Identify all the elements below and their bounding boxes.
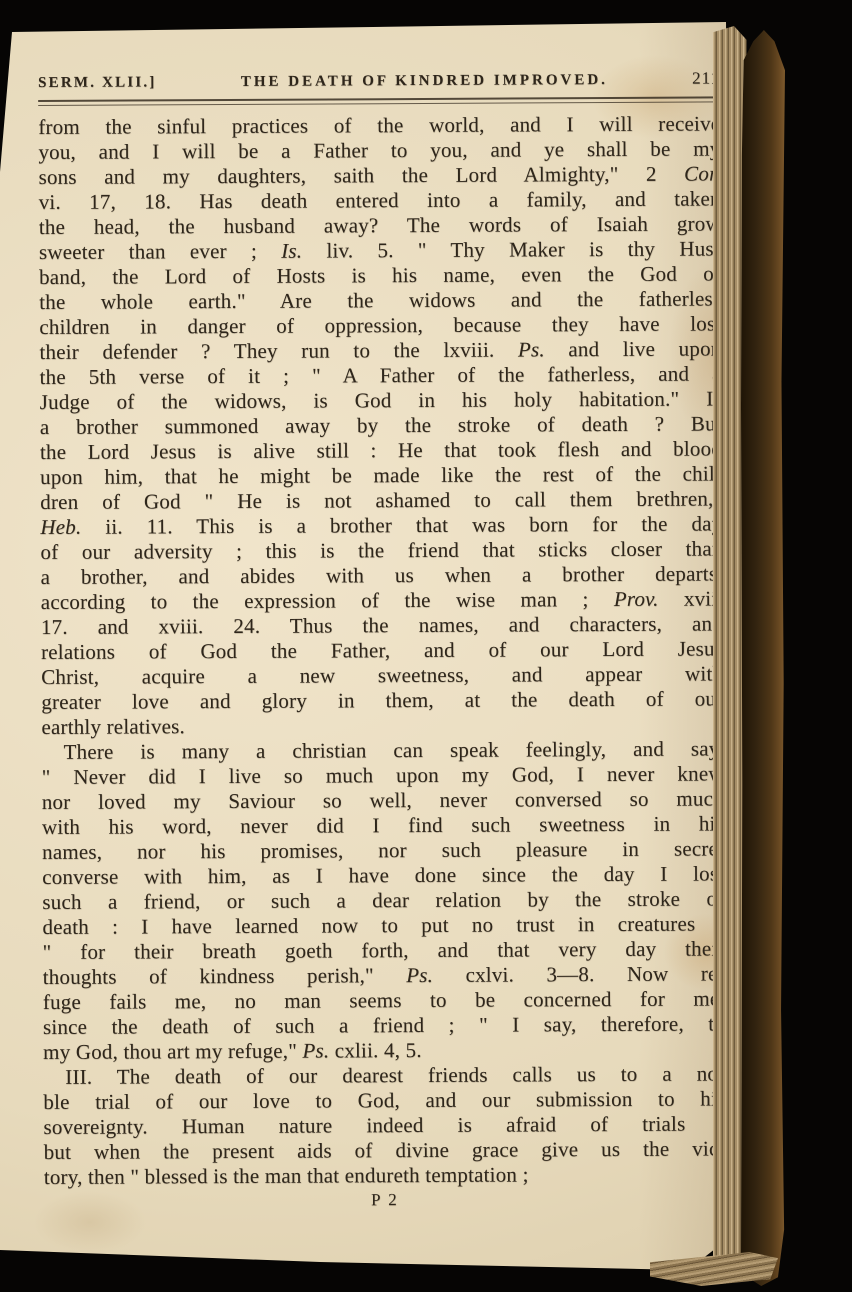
text-line: Christ, acquire a new sweetness, and app… xyxy=(41,661,723,690)
text-line: dren of God " He is not ashamed to call … xyxy=(40,486,722,515)
text-line: death : I have learned now to put no tru… xyxy=(42,911,724,940)
double-rule xyxy=(38,96,720,106)
text-line: III. The death of our dearest friends ca… xyxy=(43,1061,725,1090)
text-line: nor loved my Saviour so well, never conv… xyxy=(42,786,724,815)
text-line: 17. and xviii. 24. Thus the names, and c… xyxy=(41,611,723,640)
text-line: children in danger of oppression, becaus… xyxy=(39,311,721,340)
text-line: the head, the husband away? The words of… xyxy=(39,211,721,240)
text-line: the Lord Jesus is alive still : He that … xyxy=(40,436,722,465)
text-line: but when the present aids of divine grac… xyxy=(44,1136,726,1165)
text-line: band, the Lord of Hosts is his name, eve… xyxy=(39,261,721,290)
text-line: Heb. ii. 11. This is a brother that was … xyxy=(40,511,722,540)
book-page: SERM. XLII.] THE DEATH OF KINDRED IMPROV… xyxy=(0,22,742,1280)
text-line: earthly relatives. xyxy=(41,711,723,740)
text-line: since the death of such a friend ; " I s… xyxy=(43,1011,725,1040)
running-header: SERM. XLII.] THE DEATH OF KINDRED IMPROV… xyxy=(38,68,720,92)
text-line: my God, thou art my refuge," Ps. cxlii. … xyxy=(43,1036,725,1065)
text-line: vi. 17, 18. Has death entered into a fam… xyxy=(39,186,721,215)
header-title: THE DEATH OF KINDRED IMPROVED. xyxy=(241,72,608,91)
text-line: Judge of the widows, is God in his holy … xyxy=(40,386,722,415)
text-line: names, nor his promises, nor such pleasu… xyxy=(42,836,724,865)
text-line: of our adversity ; this is the friend th… xyxy=(40,536,722,565)
text-line: converse with him, as I have done since … xyxy=(42,861,724,890)
text-line: " for their breath goeth forth, and that… xyxy=(43,936,725,965)
book-cover-edge xyxy=(741,30,785,1286)
text-line: ble trial of our love to God, and our su… xyxy=(43,1086,725,1115)
text-line: thoughts of kindness perish," Ps. cxlvi.… xyxy=(43,961,725,990)
text-line: sweeter than ever ; Is. liv. 5. " Thy Ma… xyxy=(39,236,721,265)
text-line: a brother summoned away by the stroke of… xyxy=(40,411,722,440)
text-line: upon him, that he might be made like the… xyxy=(40,461,722,490)
text-line: relations of God the Father, and of our … xyxy=(41,636,723,665)
text-line: greater love and glory in them, at the d… xyxy=(41,686,723,715)
text-line: fuge fails me, no man seems to be concer… xyxy=(43,986,725,1015)
text-line: tory, then " blessed is the man that end… xyxy=(44,1161,726,1190)
text-line: from the sinful practices of the world, … xyxy=(38,111,720,140)
text-line: the whole earth." Are the widows and the… xyxy=(39,286,721,315)
text-line: the 5th verse of it ; " A Father of the … xyxy=(40,361,722,390)
text-line: such a friend, or such a dear relation b… xyxy=(42,886,724,915)
text-line: their defender ? They run to the lxviii.… xyxy=(39,336,721,365)
signature-mark: P 2 xyxy=(44,1188,726,1212)
text-line: with his word, never did I find such swe… xyxy=(42,811,724,840)
photo-background: SERM. XLII.] THE DEATH OF KINDRED IMPROV… xyxy=(0,0,852,1292)
text-line: There is many a christian can speak feel… xyxy=(41,736,723,765)
text-line: sovereignty. Human nature indeed is afra… xyxy=(43,1111,725,1140)
header-section-label: SERM. XLII.] xyxy=(38,74,157,92)
text-line: sons and my daughters, saith the Lord Al… xyxy=(38,161,720,190)
body-lines: from the sinful practices of the world, … xyxy=(38,111,726,1190)
text-line: " Never did I live so much upon my God, … xyxy=(42,761,724,790)
text-line: according to the expression of the wise … xyxy=(41,586,723,615)
page-content: SERM. XLII.] THE DEATH OF KINDRED IMPROV… xyxy=(38,68,726,1212)
text-line: a brother, and abides with us when a bro… xyxy=(41,561,723,590)
text-line: you, and I will be a Father to you, and … xyxy=(38,136,720,165)
